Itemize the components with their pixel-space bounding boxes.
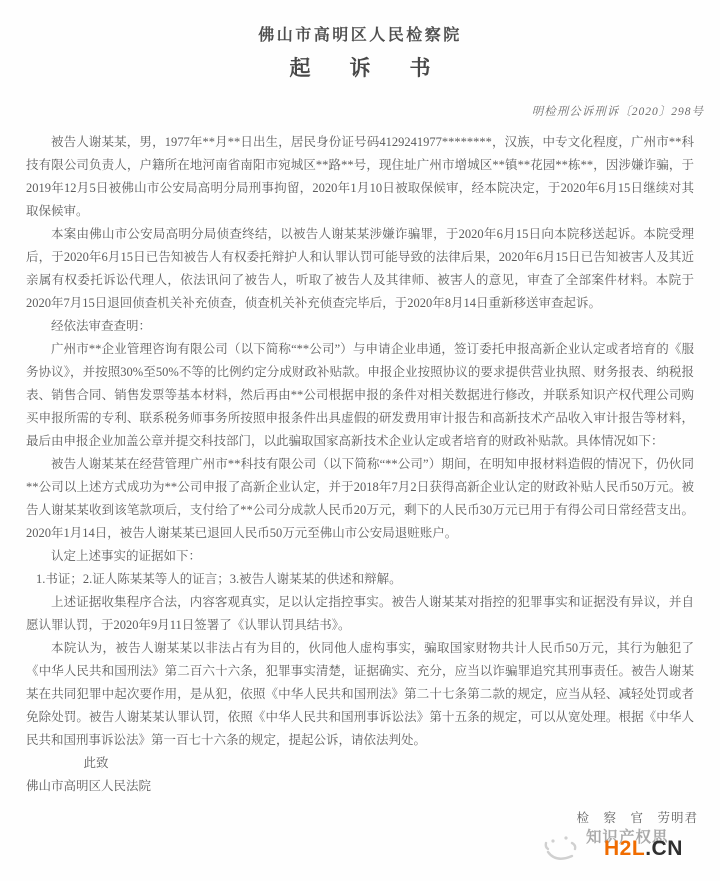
paragraph-evidence-list: 1.书证；2.证人陈某某等人的证言；3.被告人谢某某的供述和辩解。 <box>26 568 694 591</box>
document-title: 起 诉 书 <box>0 52 720 82</box>
paragraph-defendant-info: 被告人谢某某，男，1977年**月**日出生，居民身份证号码4129241977… <box>26 131 694 223</box>
document-body: 被告人谢某某，男，1977年**月**日出生，居民身份证号码4129241977… <box>26 131 694 798</box>
paragraph-findings-heading: 经依法审查查明： <box>26 315 694 338</box>
watermark-logo-suffix: .CN <box>645 837 683 860</box>
case-number: 明检刑公诉刑诉〔2020〕298号 <box>0 103 704 119</box>
paragraph-opinion: 本院认为，被告人谢某某以非法占有为目的，伙同他人虚构事实，骗取国家财物共计人民币… <box>26 637 694 752</box>
paragraph-defendant-conduct: 被告人谢某某在经营管理广州市**科技有限公司（以下简称“**公司”）期间，在明知… <box>26 453 694 545</box>
watermark: 知识产权思 H2L.CN <box>542 823 712 875</box>
issuer-name: 佛山市高明区人民检察院 <box>0 0 720 45</box>
addressee-court: 佛山市高明区人民法院 <box>26 775 694 798</box>
paragraph-evidence-heading: 认定上述事实的证据如下： <box>26 545 694 568</box>
watermark-logo-main: H2L <box>604 837 645 860</box>
smiley-logo-icon <box>542 829 580 867</box>
watermark-site-logo: H2L.CN <box>604 837 683 861</box>
closing-salute: 此致 <box>26 752 694 775</box>
paragraph-evidence-assessment: 上述证据收集程序合法，内容客观真实，足以认定指控事实。被告人谢某某对指控的犯罪事… <box>26 591 694 637</box>
indictment-document: 佛山市高明区人民检察院 起 诉 书 明检刑公诉刑诉〔2020〕298号 被告人谢… <box>0 0 720 881</box>
paragraph-scheme-description: 广州市**企业管理咨询有限公司（以下简称“**公司”）与申请企业串通，签订委托申… <box>26 338 694 453</box>
paragraph-case-origin: 本案由佛山市公安局高明分局侦查终结，以被告人谢某某涉嫌诈骗罪，于2020年6月1… <box>26 223 694 315</box>
